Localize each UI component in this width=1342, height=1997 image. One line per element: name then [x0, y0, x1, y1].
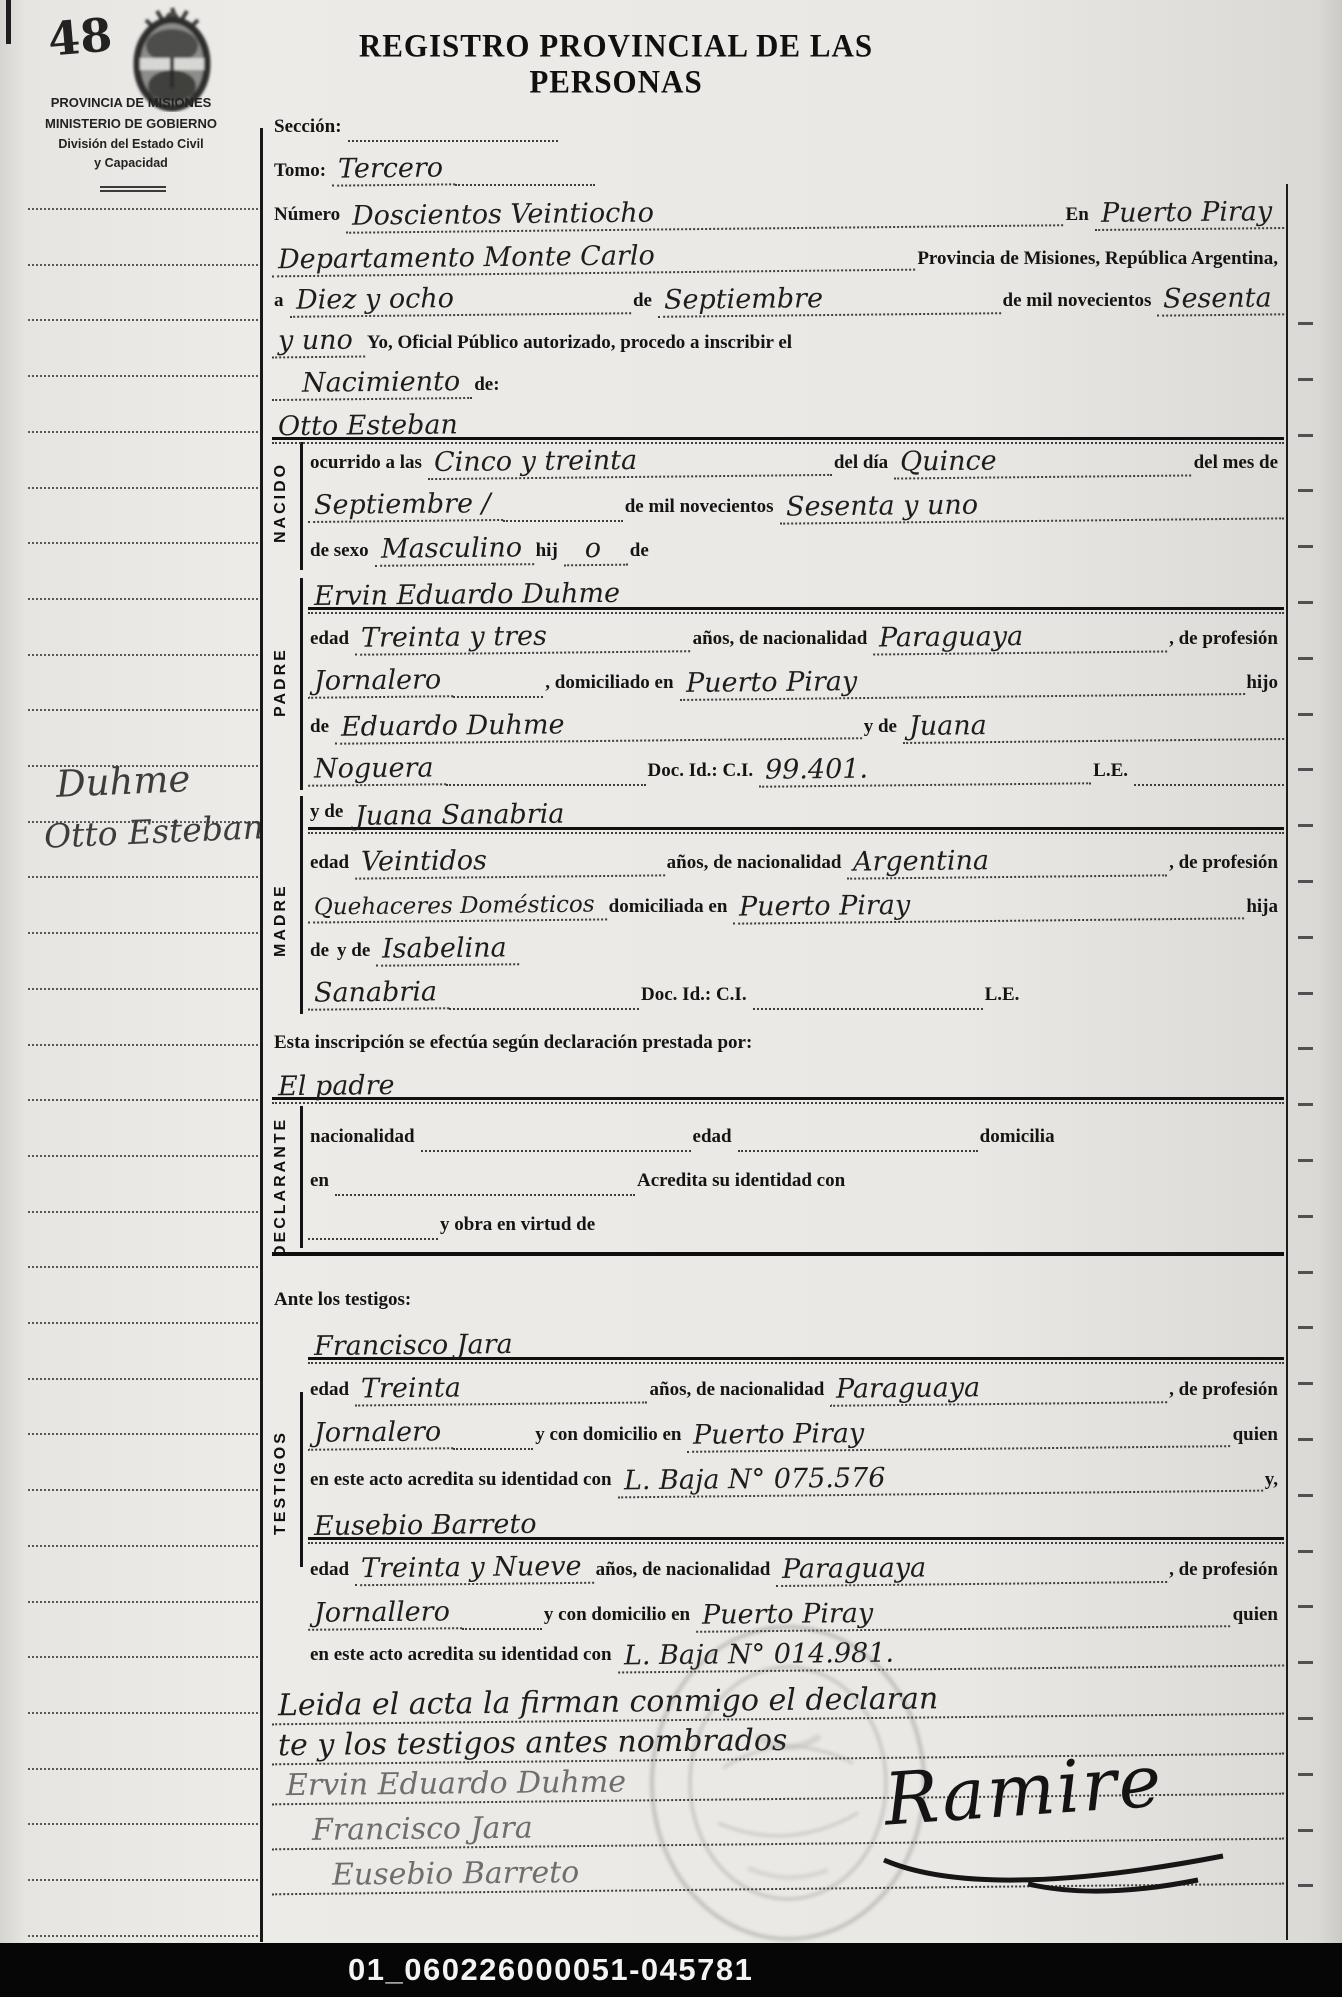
row-fecha: a Diez y ocho de Septiembre de mil novec…	[272, 276, 1284, 316]
padre-edad-value: Treinta y tres	[355, 621, 691, 656]
declarante-virtud-label: y obra en virtud de	[438, 1213, 601, 1240]
hora-value: Cinco y treinta	[428, 445, 832, 480]
declarante-en-label: en	[308, 1169, 335, 1196]
anio-nacimiento-value: Sesenta y uno	[779, 488, 1284, 524]
de-label: de	[631, 289, 658, 316]
novecientos-label: de mil novecientos	[1001, 289, 1158, 316]
numero-value: Doscientos Veintiocho	[346, 195, 1064, 234]
scanned-birth-certificate: 48 REGISTRO PROVINCIAL DE LAS PERSONAS P…	[0, 0, 1342, 1997]
madre-doc-label: Doc. Id.: C.I.	[639, 983, 753, 1010]
row-padre-profesion: Jornalero , domiciliado en Puerto Piray …	[308, 658, 1284, 698]
padre-edad-label: edad	[308, 627, 355, 654]
testigo1-prof-label: , de profesión	[1167, 1378, 1284, 1405]
anio-value-1: Sesenta	[1157, 284, 1284, 316]
declarante-edad-label: edad	[691, 1125, 738, 1152]
hijo-o-value: o	[564, 535, 628, 567]
testigo1-documento-value: L. Baja N° 075.576	[617, 1461, 1263, 1499]
testigo1-dom-label: y con domicilio en	[533, 1423, 687, 1450]
padre-doc-blank1	[446, 784, 646, 786]
row-madre-profesion: Quehaceres Domésticos domiciliada en Pue…	[308, 882, 1284, 922]
madre-domicilio-value: Puerto Piray	[733, 888, 1244, 924]
madre-edad-label: edad	[308, 851, 355, 878]
section-label-testigos: TESTIGOS	[264, 1400, 298, 1565]
row-sexo: de sexo Masculino hij o de	[308, 526, 1284, 566]
row-ante-testigos: Ante los testigos:	[272, 1275, 1284, 1315]
madre-de-label: de	[308, 939, 335, 966]
row-seccion: Sección:	[272, 102, 1284, 142]
lugar-value: Puerto Piray	[1095, 198, 1285, 231]
padre-prof-label: , de profesión	[1167, 627, 1284, 654]
testigo2-nombre-value: Eusebio Barreto	[308, 1503, 1284, 1542]
anio-value-2: y uno	[272, 327, 365, 359]
testigo2-prof-label: , de profesión	[1167, 1558, 1284, 1585]
section-label-nacido: NACIDO	[264, 450, 298, 555]
madre-nombre-value: Juana Sanabria	[349, 793, 1284, 832]
agency-block: PROVINCIA DE MISIONES MINISTERIO DE GOBI…	[28, 92, 234, 172]
section-label-padre: PADRE	[264, 600, 298, 765]
testigo2-nacionalidad-value: Paraguaya	[776, 1552, 1167, 1587]
acto-value: Nacimiento	[272, 368, 473, 401]
padre-doc-label: Doc. Id.: C.I.	[646, 759, 760, 786]
testigo2-acredita-label: en este acto acredita su identidad con	[308, 1643, 618, 1670]
row-acto: Nacimiento de:	[272, 360, 1284, 400]
madre-le-label: L.E.	[983, 983, 1026, 1010]
abuela-materna-value: Isabelina	[376, 934, 519, 966]
abuela-paterna-value: Juana	[903, 709, 1284, 744]
section-bracket-nacido	[300, 442, 303, 570]
declarante-domicilia-label: domicilia	[978, 1125, 1061, 1152]
testigo1-prof-blank	[453, 1448, 533, 1450]
padre-yde-label: y de	[862, 715, 903, 742]
agency-underline	[100, 186, 166, 192]
testigo1-y-label: y,	[1263, 1468, 1284, 1495]
numero-label: Número	[272, 203, 346, 230]
padre-hijo-label: hijo	[1244, 671, 1284, 698]
section-bracket-madre	[300, 796, 303, 1014]
declarante-edad-blank	[738, 1150, 978, 1152]
row-tomo: Tomo: Tercero	[272, 146, 1284, 186]
declarante-acredita-label: Acredita su identidad con	[635, 1169, 851, 1196]
declarante-virtud-blank1	[308, 1238, 438, 1240]
row-numero: Número Doscientos Veintiocho En Puerto P…	[272, 190, 1284, 230]
row-declarante-1: nacionalidad edad domicilia	[308, 1112, 1284, 1152]
declarante-nacionalidad-blank	[421, 1150, 691, 1152]
testigo1-edad-value: Treinta	[355, 1372, 648, 1406]
row-oficial: y uno Yo, Oficial Público autorizado, pr…	[272, 318, 1284, 358]
seccion-label: Sección:	[272, 115, 348, 142]
madre-nacionalidad-value: Argentina	[847, 845, 1167, 879]
mes-blank	[503, 520, 623, 522]
testigo1-profesion-value: Jornalero	[308, 1418, 454, 1451]
agency-line-4: y Capacidad	[28, 154, 234, 173]
section-bracket-declarante	[300, 1106, 303, 1248]
a-label: a	[272, 289, 290, 316]
en-label: En	[1064, 203, 1095, 230]
padre-domicilio-value: Puerto Piray	[679, 664, 1244, 701]
madre-doc-blank1	[449, 1008, 639, 1010]
mes-nacimiento-value: Septiembre /	[308, 490, 503, 523]
oficial-label: Yo, Oficial Público autorizado, procedo …	[365, 331, 798, 358]
row-nacido-hora: ocurrido a las Cinco y treinta del día Q…	[308, 438, 1284, 478]
madre-yde2-label: y de	[335, 939, 376, 966]
declarante-nacionalidad-label: nacionalidad	[308, 1125, 421, 1152]
testigo2-quien-label: quien	[1231, 1603, 1284, 1630]
dia-nacimiento-value: Quince	[894, 445, 1192, 479]
row-nacido-nombre: Otto Esteban	[272, 400, 1284, 440]
testigo1-acredita-label: en este acto acredita su identidad con	[308, 1468, 618, 1495]
scan-edge-mark	[6, 0, 11, 44]
row-testigo1-domicilio: Jornalero y con domicilio en Puerto Pira…	[308, 1410, 1284, 1450]
sexo-value: Masculino	[374, 534, 533, 567]
tomo-blank	[455, 184, 595, 186]
departamento-value: Departamento Monte Carlo	[272, 240, 916, 278]
testigo1-domicilio-value: Puerto Piray	[687, 1416, 1230, 1453]
padre-dom-label: , domiciliado en	[543, 671, 679, 698]
row-madre-nombre: y de Juana Sanabria	[308, 790, 1284, 830]
row-declarante-3: y obra en virtud de	[308, 1200, 1284, 1240]
testigo1-quien-label: quien	[1231, 1423, 1284, 1450]
row-testigo1-edad: edad Treinta años, de nacionalidad Parag…	[308, 1365, 1284, 1405]
declarante-value: El padre	[272, 1063, 1284, 1103]
padre-nac-label: años, de nacionalidad	[691, 627, 874, 654]
declarante-en-blank	[335, 1194, 635, 1196]
right-edge-ticks	[1298, 322, 1314, 1942]
row-padre-abuelos: de Eduardo Duhme y de Juana	[308, 702, 1284, 742]
madre-nac-label: años, de nacionalidad	[665, 851, 848, 878]
section-label-madre: MADRE	[264, 845, 298, 995]
madre-dom-label: domiciliada en	[607, 895, 734, 922]
mes-value: Septiembre	[658, 283, 1001, 318]
page-number: 48	[46, 7, 114, 66]
madre-prof-label: , de profesión	[1167, 851, 1284, 878]
row-madre-edad: edad Veintidos años, de nacionalidad Arg…	[308, 838, 1284, 878]
padre-nombre-value: Ervin Eduardo Duhme	[308, 573, 1284, 612]
declarante-separator-rule	[272, 1252, 1284, 1256]
padre-le-label: L.E.	[1091, 759, 1134, 786]
madre-yde-label: y de	[308, 800, 349, 827]
testigo1-edad-label: edad	[308, 1378, 355, 1405]
dia-label: del día	[832, 451, 894, 478]
padre-le-blank	[1134, 784, 1284, 786]
form-right-border	[1286, 184, 1288, 1940]
padre-profesion-value: Jornalero	[308, 666, 454, 699]
row-testigo1-documento: en este acto acredita su identidad con L…	[308, 1455, 1284, 1495]
ocurrido-label: ocurrido a las	[308, 451, 428, 478]
section-bracket-padre	[300, 578, 303, 790]
sexo-label: de sexo	[308, 539, 375, 566]
abuela-paterna-apellido-value: Noguera	[308, 754, 446, 786]
nacido-de-label: de	[628, 539, 655, 566]
scan-footer-bar: 01_060226000051-045781	[0, 1943, 1342, 1997]
mes-label: del mes de	[1192, 451, 1284, 478]
agency-line-3: División del Estado Civil	[28, 135, 234, 154]
nacido-novecientos-label: de mil novecientos	[623, 495, 780, 522]
section-bracket-testigos	[300, 1392, 303, 1567]
testigo2-nac-label: años, de nacionalidad	[594, 1558, 777, 1585]
row-nacido-mes: Septiembre / de mil novecientos Sesenta …	[308, 482, 1284, 522]
row-departamento: Departamento Monte Carlo Provincia de Mi…	[272, 234, 1284, 274]
testigo2-profesion-value: Jornallero	[308, 1598, 462, 1631]
margin-ruled-lines	[28, 208, 262, 1940]
signature-flourish	[878, 1846, 1258, 1896]
abuelo-paterno-value: Eduardo Duhme	[335, 708, 862, 745]
agency-line-2: MINISTERIO DE GOBIERNO	[28, 113, 234, 134]
margin-note-surname: Duhme	[55, 757, 191, 806]
row-madre-abuelos: de y de Isabelina	[308, 926, 1284, 966]
section-label-declarante: DECLARANTE	[264, 1112, 298, 1262]
padre-prof-blank	[453, 696, 543, 698]
row-declarante-2: en Acredita su identidad con	[308, 1156, 1284, 1196]
row-padre-nombre: Ervin Eduardo Duhme	[308, 570, 1284, 610]
inscripcion-label: Esta inscripción se efectúa según declar…	[272, 1031, 758, 1058]
nacido-nombre-value: Otto Esteban	[272, 403, 1284, 443]
row-madre-doc: Sanabria Doc. Id.: C.I. L.E.	[308, 970, 1284, 1010]
testigo1-nac-label: años, de nacionalidad	[648, 1378, 831, 1405]
madre-hija-label: hija	[1244, 895, 1284, 922]
testigo2-edad-label: edad	[308, 1558, 355, 1585]
de-colon-label: de:	[472, 373, 505, 400]
testigo2-edad-value: Treinta y Nueve	[355, 1553, 594, 1586]
ante-testigos-label: Ante los testigos:	[272, 1288, 417, 1315]
madre-profesion-value: Quehaceres Domésticos	[308, 893, 607, 923]
row-testigo1-nombre: Francisco Jara	[308, 1320, 1284, 1360]
tomo-value: Tercero	[332, 154, 455, 186]
row-testigo2-nombre: Eusebio Barreto	[308, 1500, 1284, 1540]
madre-ci-blank	[753, 1008, 983, 1010]
dia-value: Diez y ocho	[289, 283, 631, 318]
archive-code: 01_060226000051-045781	[348, 1952, 753, 1988]
seccion-blank	[348, 140, 558, 142]
testigo1-nombre-value: Francisco Jara	[308, 1323, 1284, 1362]
testigo1-nacionalidad-value: Paraguaya	[830, 1372, 1167, 1407]
padre-nacionalidad-value: Paraguaya	[873, 621, 1167, 655]
padre-de-label: de	[308, 715, 335, 742]
form-left-border	[260, 128, 263, 1942]
provincia-label: Provincia de Misiones, República Argenti…	[915, 247, 1284, 274]
hij-label: hij	[534, 539, 564, 566]
madre-edad-value: Veintidos	[355, 845, 665, 879]
row-declarado-por: El padre	[272, 1060, 1284, 1100]
tomo-label: Tomo:	[272, 159, 332, 186]
abuela-materna-apellido-value: Sanabria	[308, 978, 449, 1010]
row-padre-edad: edad Treinta y tres años, de nacionalida…	[308, 614, 1284, 654]
row-inscripcion: Esta inscripción se efectúa según declar…	[272, 1018, 1284, 1058]
document-title: REGISTRO PROVINCIAL DE LAS PERSONAS	[276, 28, 956, 100]
row-padre-doc: Noguera Doc. Id.: C.I. 99.401. L.E.	[308, 746, 1284, 786]
padre-ci-value: 99.401.	[759, 753, 1091, 787]
row-testigo2-edad: edad Treinta y Nueve años, de nacionalid…	[308, 1545, 1284, 1585]
agency-line-1: PROVINCIA DE MISIONES	[28, 92, 234, 113]
